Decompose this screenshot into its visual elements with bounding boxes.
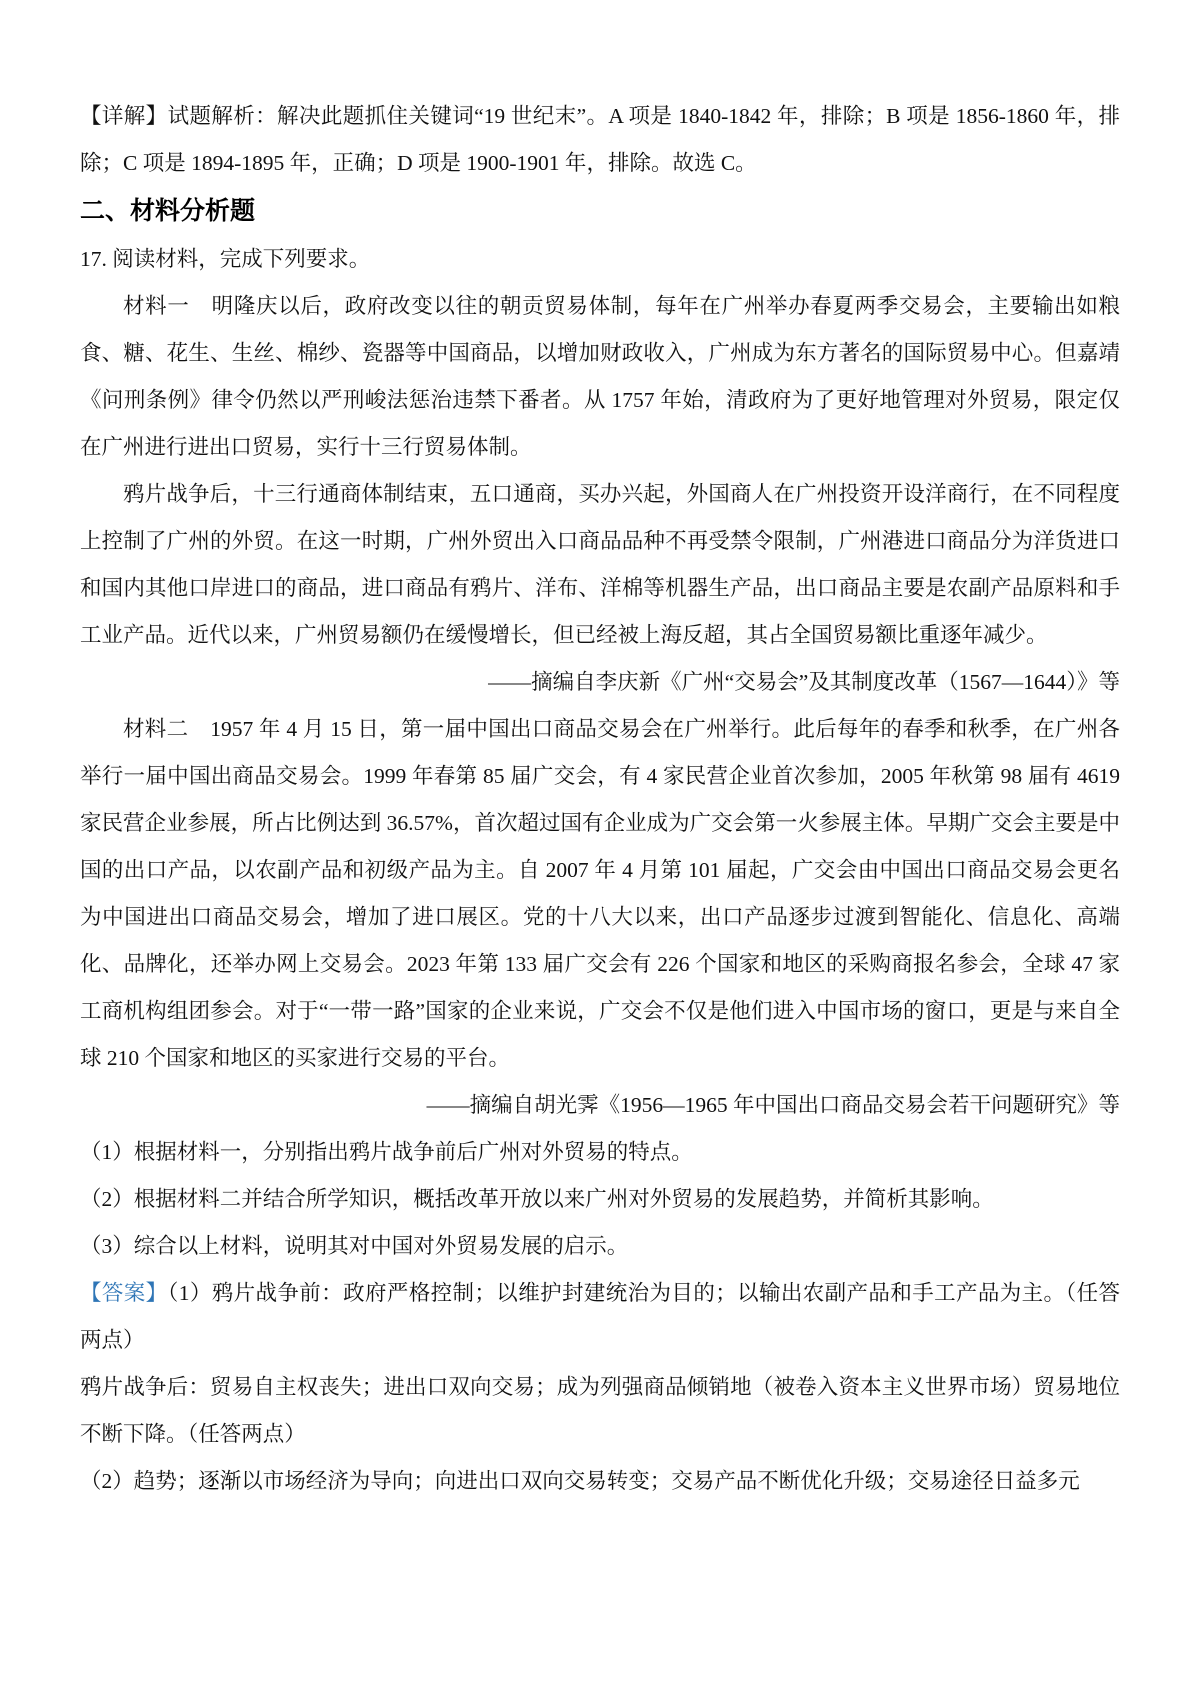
exam-document-page: 【详解】试题解析：解决此题抓住关键词“19 世纪末”。A 项是 1840-184… bbox=[0, 0, 1200, 1698]
material-one-source-attribution: ——摘编自李庆新《广州“交易会”及其制度改革（1567—1644）》等 bbox=[80, 659, 1120, 706]
answer-paragraph-2: 鸦片战争后：贸易自主权丧失；进出口双向交易；成为列强商品倾销地（被卷入资本主义世… bbox=[80, 1364, 1120, 1458]
material-one-paragraph-1: 材料一 明隆庆以后，政府改变以往的朝贡贸易体制，每年在广州举办春夏两季交易会，主… bbox=[80, 283, 1120, 471]
question-17-intro: 17. 阅读材料，完成下列要求。 bbox=[80, 236, 1120, 283]
sub-question-1: （1）根据材料一，分别指出鸦片战争前后广州对外贸易的特点。 bbox=[80, 1129, 1120, 1176]
explanation-paragraph: 【详解】试题解析：解决此题抓住关键词“19 世纪末”。A 项是 1840-184… bbox=[80, 93, 1120, 187]
sub-question-3: （3）综合以上材料，说明其对中国对外贸易发展的启示。 bbox=[80, 1223, 1120, 1270]
material-one-paragraph-2: 鸦片战争后，十三行通商体制结束，五口通商，买办兴起，外国商人在广州投资开设洋商行… bbox=[80, 471, 1120, 659]
section-heading: 二、材料分析题 bbox=[80, 187, 1120, 236]
answer-text-part-1: （1）鸦片战争前：政府严格控制；以维护封建统治为目的；以输出农副产品和手工产品为… bbox=[80, 1281, 1120, 1352]
material-two-paragraph: 材料二 1957 年 4 月 15 日，第一届中国出口商品交易会在广州举行。此后… bbox=[80, 706, 1120, 1082]
answer-paragraph-3: （2）趋势；逐渐以市场经济为导向；向进出口双向交易转变；交易产品不断优化升级；交… bbox=[80, 1458, 1120, 1505]
material-two-source-attribution: ——摘编自胡光霁《1956—1965 年中国出口商品交易会若干问题研究》等 bbox=[80, 1082, 1120, 1129]
answer-label: 【答案】 bbox=[80, 1281, 168, 1305]
answer-paragraph-1: 【答案】（1）鸦片战争前：政府严格控制；以维护封建统治为目的；以输出农副产品和手… bbox=[80, 1270, 1120, 1364]
sub-question-2: （2）根据材料二并结合所学知识，概括改革开放以来广州对外贸易的发展趋势，并简析其… bbox=[80, 1176, 1120, 1223]
